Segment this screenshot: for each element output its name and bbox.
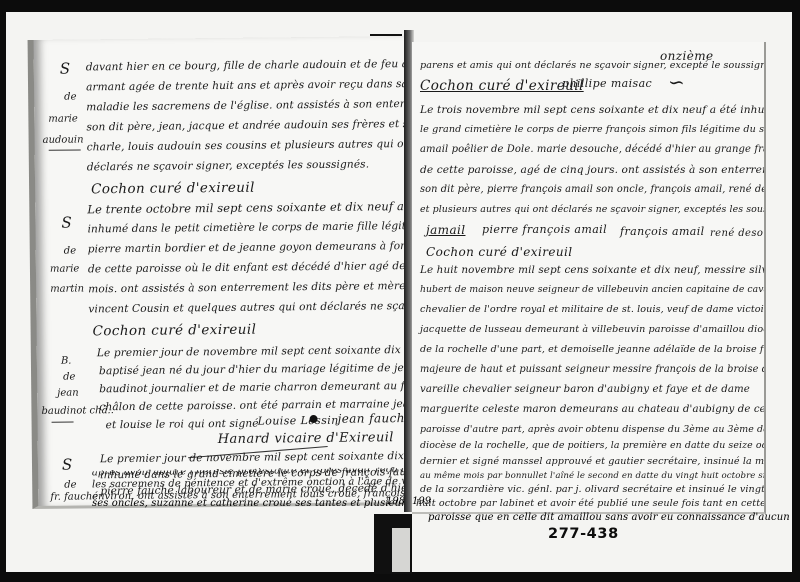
text-line: hubert de maison neuve seigneur de ville… xyxy=(420,284,766,296)
microfilm-frame-number: 277-438 xyxy=(548,526,619,542)
margin-note-s: S xyxy=(62,460,72,471)
text-line: chevalier de l'ordre royal et militaire … xyxy=(420,304,766,316)
witness-signature: phillipe maisac xyxy=(562,78,652,90)
text-line: inhumé dans le petit cimetière le corps … xyxy=(87,220,414,236)
text-line: maladie les sacremens de l'église. ont a… xyxy=(86,98,414,114)
margin-rule xyxy=(49,149,81,150)
text-line: paroisse d'autre part, après avoir obten… xyxy=(420,424,766,436)
margin-note: marie xyxy=(48,113,77,124)
text-line: Le huit novembre mil sept cens soixante … xyxy=(420,264,766,276)
margin-note-name: audouin xyxy=(43,134,84,145)
text-line: déclarés ne sçavoir signer, exceptés les… xyxy=(87,158,369,173)
margin-note-b: B. xyxy=(61,356,72,367)
page-tab xyxy=(370,14,402,36)
text-line: son dit père, pierre françois amail son … xyxy=(420,184,766,196)
text-line: Le trois novembre mil sept cens soixante… xyxy=(420,104,766,116)
margin-note-name: martin xyxy=(50,283,84,294)
margin-note-s: S xyxy=(60,64,70,75)
text-line: et plusieurs autres qui ont déclarés ne … xyxy=(420,204,766,216)
margin-note: jean xyxy=(57,387,79,398)
text-line: jacquette de lusseau demeurant à villebe… xyxy=(420,324,766,336)
text-line: diocèse de la rochelle, que de poitiers,… xyxy=(420,440,766,452)
text-line: paroisse que en celle dit amaillou sans … xyxy=(428,512,790,524)
curate-signature: Cochon curé d'exireuil xyxy=(93,324,257,338)
text-line: amail poêlier de Dole. marie desouche, d… xyxy=(420,144,766,156)
text-line: mois. ont assistés à son enterrement les… xyxy=(88,279,414,295)
text-line: vincent Cousin et quelques autres qui on… xyxy=(88,299,414,315)
text-line: de cette paroisse où le dit enfant est d… xyxy=(88,260,415,276)
text-line: baudinot journalier et de marie charron … xyxy=(99,380,414,396)
text-line: huit octobre par labinet et avoir été pu… xyxy=(416,498,766,510)
curate-signature: Cochon curé d'exireuil xyxy=(426,246,572,258)
text-line: armant agée de trente huit ans et après … xyxy=(86,78,408,93)
right-page: parens et amis qui ont déclarés ne sçavo… xyxy=(412,42,766,514)
text-line: parens et amis qui ont déclarés ne sçavo… xyxy=(420,60,766,72)
signature-flourish: ∽ xyxy=(668,72,685,92)
text-line: son dit père, jean, jacque et andrée aud… xyxy=(86,118,414,134)
margin-rule xyxy=(52,422,74,423)
text-line: pierre martin bordier et de jeanne goyon… xyxy=(88,240,415,256)
text-line: Le premier jour de novembre mil sept cen… xyxy=(97,344,415,360)
folio-number-right: 199 xyxy=(412,496,431,507)
margin-note-s: S xyxy=(61,218,71,229)
witness-signature: rené desouche xyxy=(710,228,766,240)
margin-note: de xyxy=(63,372,75,383)
text-line: davant hier en ce bourg, fille de charle… xyxy=(86,58,415,74)
film-border-top xyxy=(0,0,800,12)
text-line: au même mois par bonnullet l'aîné le sec… xyxy=(420,470,766,482)
curate-signature: Cochon curé d'exireuil xyxy=(420,80,584,92)
witness-signature: pierre françois amail xyxy=(482,224,607,236)
curate-signature: Cochon curé d'exireuil xyxy=(91,182,255,196)
text-line: baptisé jean né du jour d'hier du mariag… xyxy=(99,362,414,377)
text-line: majeure de haut et puissant seigneur mes… xyxy=(420,364,766,376)
text-line: et louise le roi qui ont signé xyxy=(106,418,259,432)
godmother-signature: Louise Lessin xyxy=(258,415,339,428)
text-line: charle, louis audouin ses cousins et plu… xyxy=(87,138,415,153)
marginal-annotation: onzième xyxy=(660,50,714,62)
text-line: Le trente octobre mil sept cens soixante… xyxy=(87,200,414,216)
text-line: de cette paroisse, agé de cinq jours. on… xyxy=(420,164,766,176)
text-line: de la rochelle d'une part, et demoiselle… xyxy=(420,344,766,356)
witness-signature: jamail xyxy=(426,224,465,236)
ink-blot xyxy=(309,415,317,423)
text-line: marguerite celeste maron demeurans au ch… xyxy=(420,404,766,416)
margin-note: marie xyxy=(50,263,79,274)
margin-note: de xyxy=(64,92,76,103)
text-line: de la sorzardière vic. génl. par j. oliv… xyxy=(420,484,765,496)
vicar-signature: Hanard vicaire d'Exireuil xyxy=(218,432,394,446)
text-line: le grand cimetière le corps de pierre fr… xyxy=(420,124,766,136)
text-line: Le premier jour de novembre mil sept cen… xyxy=(100,449,415,465)
left-page: S de marie audouin davant hier en ce bou… xyxy=(28,36,415,509)
folio-number-left: 198 xyxy=(386,496,405,507)
witness-signature: françois amail xyxy=(620,226,705,238)
film-gutter-highlight xyxy=(392,528,410,572)
text-line: dernier et signé manssel approuvé et gau… xyxy=(420,456,766,468)
margin-note: de xyxy=(64,246,76,257)
godfather-signature: jean fauché xyxy=(337,412,412,425)
text-line: vareille chevalier seigneur baron d'aubi… xyxy=(420,384,750,396)
